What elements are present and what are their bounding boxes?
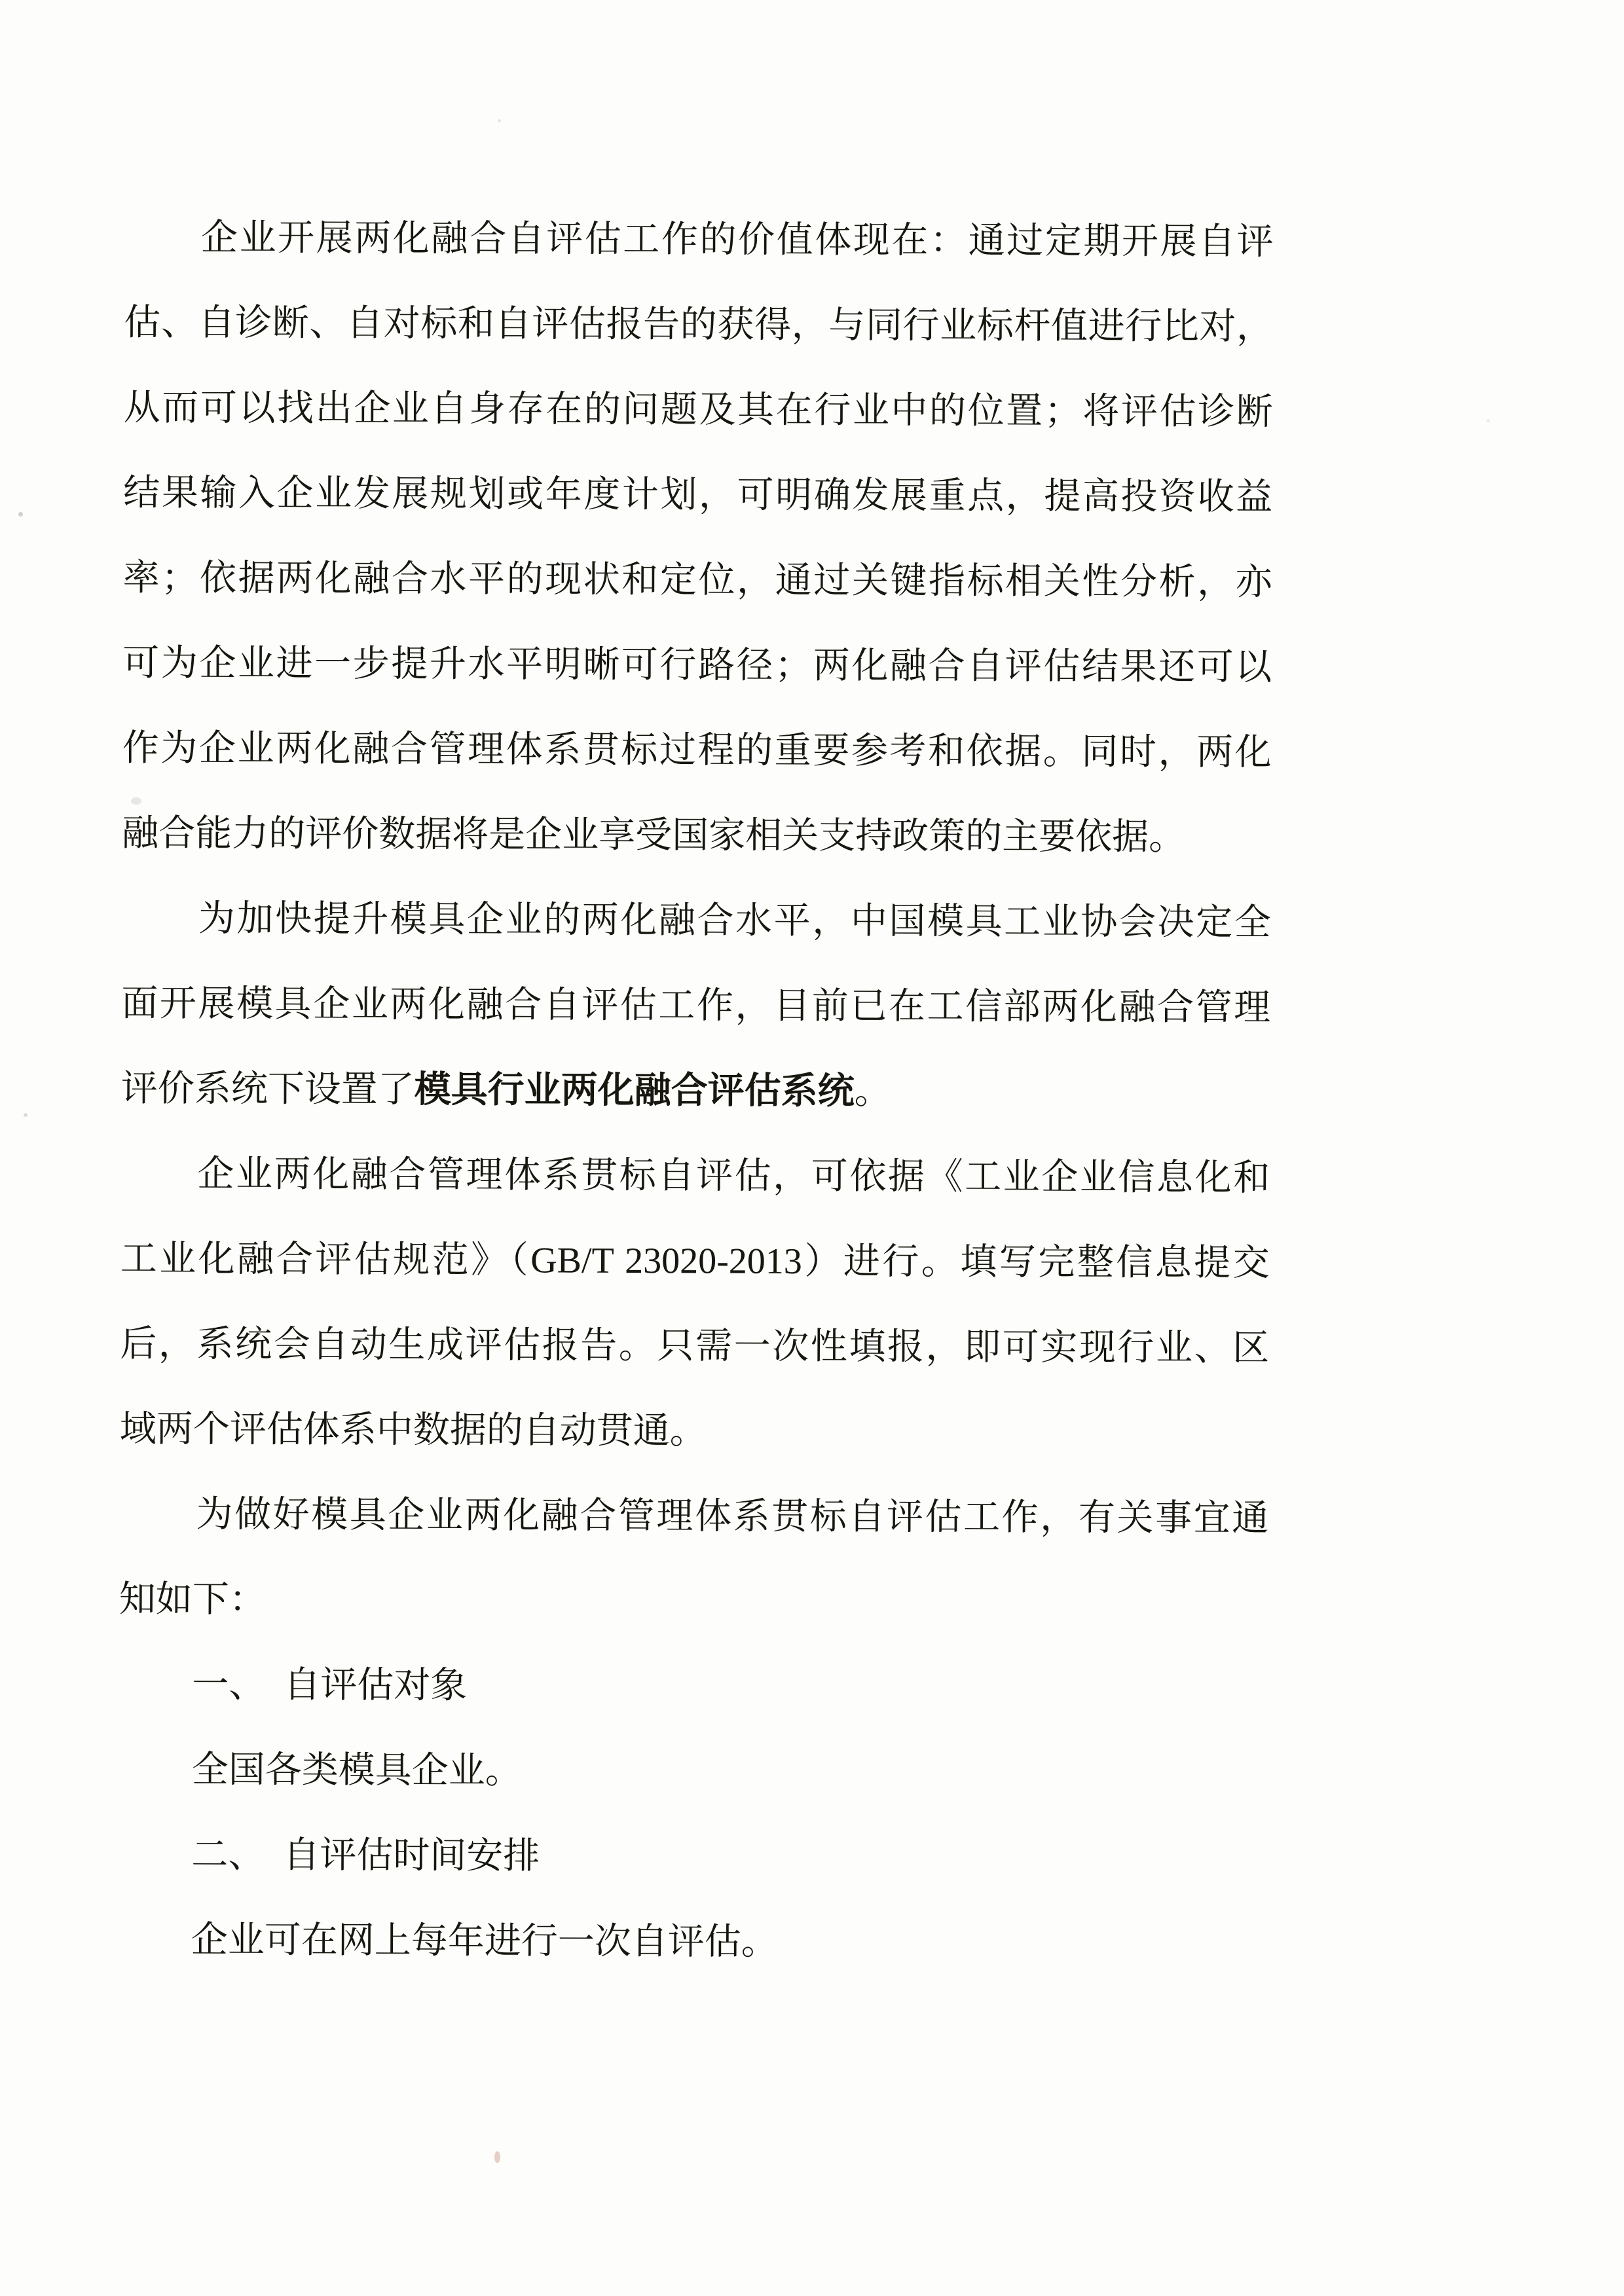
text-run: 域两个评估体系中数据的自动贯通。 (120, 1409, 707, 1451)
text-run: 为加快提升模具企业的两化融合水平，中国模具工业协会决定全 (122, 898, 1271, 943)
text-line: 面开展模具企业两化融合自评估工作，目前已在工信部两化融合管理 (121, 961, 1270, 1051)
text-line: 工业化融合评估规范》（GB/T 23020-2013）进行。填写完整信息提交 (120, 1216, 1270, 1306)
text-run: 二、 自评估时间安排 (118, 1834, 540, 1876)
text-line: 为做好模具企业两化融合管理体系贯标自评估工作，有关事宜通 (119, 1472, 1268, 1561)
text-line: 一、 自评估对象 (119, 1642, 1268, 1732)
text-run: 为做好模具企业两化融合管理体系贯标自评估工作，有关事宜通 (119, 1494, 1268, 1539)
paragraph: 为加快提升模具企业的两化融合水平，中国模具工业协会决定全面开展模具企业两化融合自… (121, 876, 1271, 1136)
text-run: 率；依据两化融合水平的现状和定位，通过关键指标相关性分析，亦 (123, 558, 1272, 603)
scan-speck (24, 1113, 28, 1117)
text-run: 。 (855, 1071, 891, 1112)
text-line: 域两个评估体系中数据的自动贯通。 (120, 1387, 1269, 1476)
paragraph: 二、 自评估时间安排 (118, 1812, 1267, 1902)
text-line: 结果输入企业发展规划或年度计划，可明确发展重点，提高投资收益 (123, 450, 1272, 540)
text-line: 企业可在网上每年进行一次自评估。 (118, 1897, 1267, 1987)
document-body: 企业开展两化融合自评估工作的价值体现在：通过定期开展自评估、自诊断、自对标和自评… (118, 195, 1274, 1987)
text-line: 后，系统会自动生成评估报告。只需一次性填报，即可实现行业、区 (120, 1302, 1269, 1391)
text-line: 从而可以找出企业自身存在的问题及其在行业中的位置；将评估诊断 (124, 365, 1273, 455)
text-run: 知如下： (119, 1579, 266, 1620)
text-line: 评价系统下设置了模具行业两化融合评估系统。 (121, 1046, 1270, 1136)
text-run: 融合能力的评价数据将是企业享受国家相关支持政策的主要依据。 (122, 813, 1185, 858)
text-run: 可为企业进一步提升水平明晰可行路径；两化融合自评估结果还可以 (122, 643, 1272, 688)
text-line: 可为企业进一步提升水平明晰可行路径；两化融合自评估结果还可以 (122, 621, 1272, 710)
text-run: 后，系统会自动生成评估报告。只需一次性填报，即可实现行业、区 (120, 1324, 1269, 1369)
text-line: 全国各类模具企业。 (119, 1727, 1268, 1817)
paragraph: 企业开展两化融合自评估工作的价值体现在：通过定期开展自评估、自诊断、自对标和自评… (122, 195, 1274, 881)
text-run: 从而可以找出企业自身存在的问题及其在行业中的位置；将评估诊断 (124, 388, 1273, 433)
text-run: 评价系统下设置了 (121, 1068, 415, 1110)
text-line: 作为企业两化融合管理体系贯标过程的重要参考和依据。同时，两化 (122, 706, 1272, 795)
text-line: 二、 自评估时间安排 (118, 1812, 1267, 1902)
text-run: 估、自诊断、自对标和自评估报告的获得，与同行业标杆值进行比对， (124, 302, 1273, 348)
text-line: 估、自诊断、自对标和自评估报告的获得，与同行业标杆值进行比对， (124, 280, 1273, 370)
text-line: 企业开展两化融合自评估工作的价值体现在：通过定期开展自评 (124, 195, 1274, 285)
text-line: 融合能力的评价数据将是企业享受国家相关支持政策的主要依据。 (122, 791, 1271, 881)
scan-speck (498, 119, 501, 122)
text-line: 知如下： (119, 1557, 1268, 1647)
paragraph: 为做好模具企业两化融合管理体系贯标自评估工作，有关事宜通知如下： (119, 1472, 1269, 1647)
text-run: 企业开展两化融合自评估工作的价值体现在：通过定期开展自评 (124, 217, 1274, 263)
paragraph: 企业两化融合管理体系贯标自评估，可依据《工业企业信息化和工业化融合评估规范》（G… (120, 1131, 1270, 1476)
scanned-page: 企业开展两化融合自评估工作的价值体现在：通过定期开展自评估、自诊断、自对标和自评… (0, 0, 1624, 2296)
text-line: 为加快提升模具企业的两化融合水平，中国模具工业协会决定全 (122, 876, 1271, 966)
text-run: 企业可在网上每年进行一次自评估。 (118, 1920, 778, 1963)
text-run: 一、 自评估对象 (119, 1664, 467, 1706)
text-run: 结果输入企业发展规划或年度计划，可明确发展重点，提高投资收益 (123, 473, 1272, 518)
scan-speck (1486, 419, 1490, 422)
text-run: 作为企业两化融合管理体系贯标过程的重要参考和依据。同时，两化 (122, 728, 1272, 773)
paragraph: 全国各类模具企业。 (119, 1727, 1268, 1817)
paragraph: 企业可在网上每年进行一次自评估。 (118, 1897, 1267, 1987)
text-run: 面开展模具企业两化融合自评估工作，目前已在工信部两化融合管理 (121, 983, 1270, 1029)
text-run: 工业化融合评估规范》（GB/T 23020-2013）进行。填写完整信息提交 (120, 1239, 1270, 1284)
text-run: 全国各类模具企业。 (119, 1749, 522, 1791)
paragraph: 一、 自评估对象 (119, 1642, 1268, 1732)
bold-text-run: 模具行业两化融合评估系统 (415, 1070, 855, 1112)
scan-speck (494, 2151, 500, 2163)
text-run: 企业两化融合管理体系贯标自评估，可依据《工业企业信息化和 (120, 1154, 1270, 1199)
scan-speck (18, 512, 23, 517)
text-line: 企业两化融合管理体系贯标自评估，可依据《工业企业信息化和 (120, 1131, 1270, 1221)
text-line: 率；依据两化融合水平的现状和定位，通过关键指标相关性分析，亦 (123, 536, 1272, 625)
